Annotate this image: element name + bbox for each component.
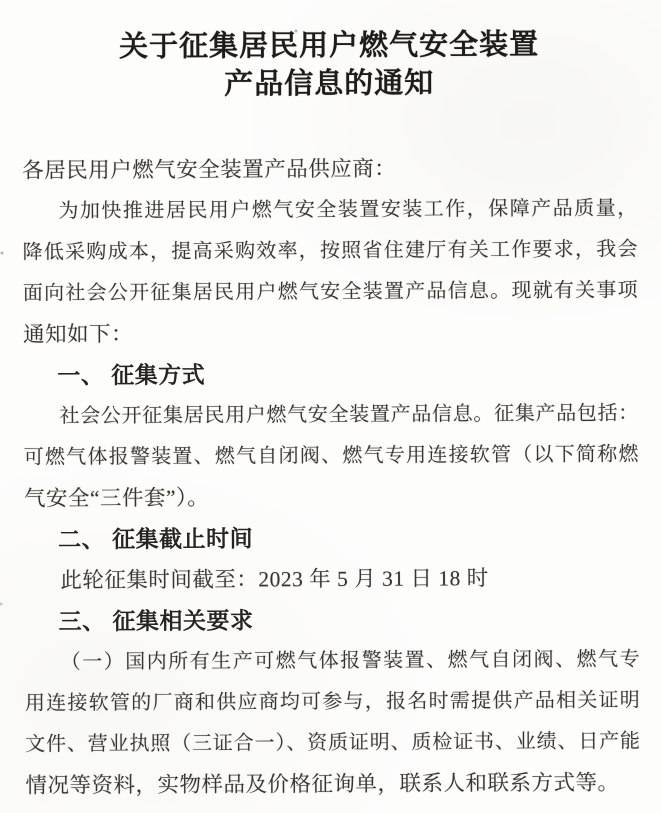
scanned-notice-page: 关于征集居民用户燃气安全装置 产品信息的通知 各居民用户燃气安全装置产品供应商：…: [0, 0, 661, 813]
section-3-line-4: 情况等资料，实物样品及价格征询单，联系人和联系方式等。: [25, 762, 640, 806]
section-3-heading: 三、 征集相关要求: [24, 598, 639, 642]
section-2-heading: 二、 征集截止时间: [24, 516, 639, 560]
section-1-heading: 一、 征集方式: [23, 352, 638, 396]
intro-line-1: 为加快推进居民用户燃气安全装置安装工作，保障产品质量，: [22, 188, 637, 232]
section-3-line-1: （一）国内所有生产可燃气体报警装置、燃气自闭阀、燃气专: [25, 639, 640, 683]
section-1-line-2: 可燃气体报警装置、燃气自闭阀、燃气专用连接软管（以下简称燃: [24, 434, 639, 478]
section-3-line-2: 用连接软管的厂商和供应商均可参与，报名时需提供产品相关证明: [25, 680, 640, 724]
document-title: 关于征集居民用户燃气安全装置 产品信息的通知: [21, 25, 636, 104]
salutation-line: 各居民用户燃气安全装置产品供应商：: [22, 147, 637, 191]
document-content: 关于征集居民用户燃气安全装置 产品信息的通知 各居民用户燃气安全装置产品供应商：…: [0, 0, 661, 807]
section-1-line-1: 社会公开征集居民用户燃气安全装置产品信息。征集产品包括：: [23, 393, 638, 437]
document-title-line-1: 关于征集居民用户燃气安全装置: [21, 25, 636, 66]
section-1-line-3: 气安全“三件套”）。: [24, 475, 639, 519]
intro-line-4: 通知如下：: [23, 311, 638, 355]
section-3-line-3: 文件、营业执照（三证合一）、资质证明、质检证书、业绩、日产能: [25, 721, 640, 765]
intro-line-2: 降低采购成本，提高采购效率，按照省住建厅有关工作要求，我会: [23, 229, 638, 273]
document-title-line-2: 产品信息的通知: [22, 63, 637, 104]
section-2-line-1: 此轮征集时间截至：2023 年 5 月 31 日 18 时: [24, 557, 639, 601]
intro-line-3: 面向社会公开征集居民用户燃气安全装置产品信息。现就有关事项: [23, 270, 638, 314]
